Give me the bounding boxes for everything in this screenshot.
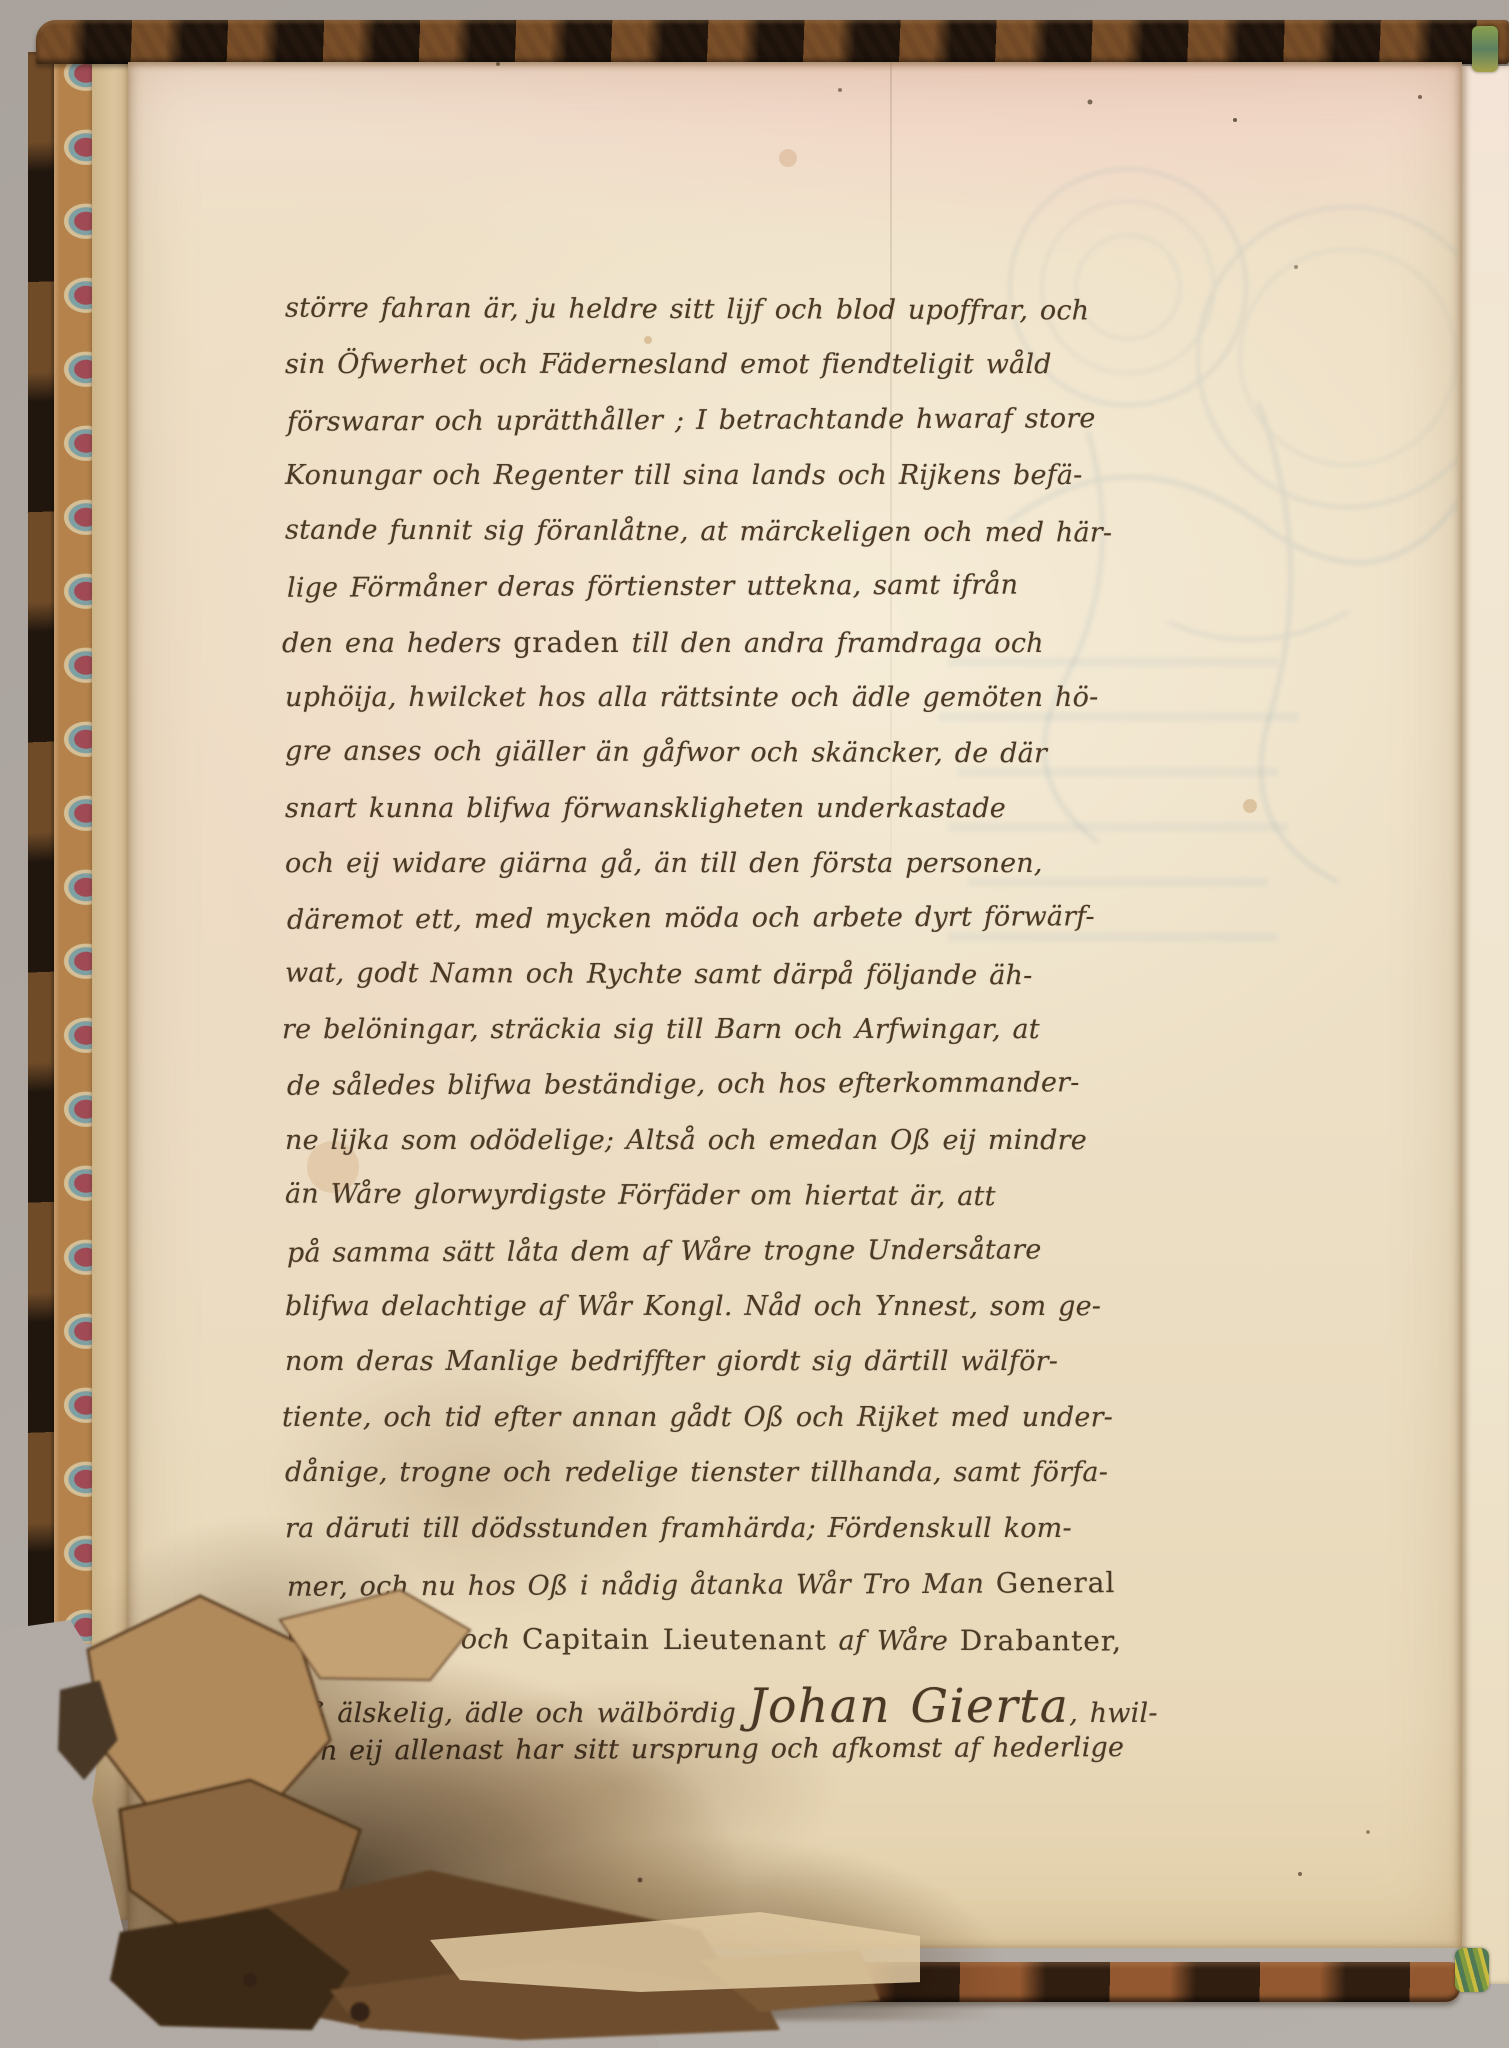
book-cover-leather-bottom-edge bbox=[60, 1962, 1460, 2002]
manuscript-line: den ena heders graden till den andra fra… bbox=[282, 626, 1072, 681]
text-block: större fahran är, ju heldre sitt lijf oc… bbox=[285, 294, 1075, 1790]
manuscript-line: lige Förmåner deras förtienster uttekna,… bbox=[287, 569, 1077, 628]
manuscript-line: nom deras Manlige bedriffter giordt sig … bbox=[285, 1346, 1075, 1401]
manuscript-line: stande funnit sig föranlåtne, at märckel… bbox=[285, 514, 1075, 572]
manuscript-page: större fahran är, ju heldre sitt lijf oc… bbox=[128, 62, 1462, 1948]
manuscript-line: snart kunna blifwa förwanskligheten unde… bbox=[285, 793, 1075, 848]
manuscript-line: sin Öfwerhet och Fädernesland emot fiend… bbox=[285, 349, 1075, 404]
manuscript-line: på samma sätt låta dem af Wåre trogne Un… bbox=[287, 1234, 1077, 1293]
manuscript-line: gre anses och giäller än gåfwor och skän… bbox=[285, 736, 1075, 794]
manuscript-line: blifwa delachtige af Wår Kongl. Nåd och … bbox=[285, 1291, 1075, 1346]
manuscript-line: större fahran är, ju heldre sitt lijf oc… bbox=[285, 293, 1075, 351]
manuscript-line: ken eij allenast har sitt ursprung och a… bbox=[287, 1732, 1077, 1791]
manuscript-line: än Wåre glorwyrdigste Förfäder om hierta… bbox=[285, 1179, 1075, 1237]
manuscript-line: re belöningar, sträckia sig till Barn oc… bbox=[282, 1014, 1072, 1069]
endband-thread-top bbox=[1472, 26, 1498, 72]
manuscript-line: däremot ett, med mycken möda och arbete … bbox=[287, 902, 1077, 961]
manuscript-line: Oß älskelig, ädle och wälbördig Johan Gi… bbox=[285, 1679, 1075, 1734]
manuscript-line: de således blifwa beständige, och hos ef… bbox=[287, 1068, 1077, 1127]
facing-page-edge bbox=[1462, 66, 1509, 1984]
manuscript-line: Lieutenant och Capitain Lieutenant af Wå… bbox=[285, 1622, 1075, 1680]
manuscript-line: uphöija, hwilcket hos alla rättsinte och… bbox=[285, 682, 1075, 737]
manuscript-line: förswarar och uprätthåller ; I betrachta… bbox=[287, 403, 1077, 462]
endband-thread-bottom bbox=[1455, 1948, 1489, 1992]
manuscript-line: mer, och nu hos Oß i nådig åtanka Wår Tr… bbox=[287, 1566, 1077, 1625]
manuscript-line: wat, godt Namn och Rychte samt därpå föl… bbox=[285, 957, 1075, 1015]
book-cover-leather-left-edge bbox=[28, 52, 56, 1672]
manuscript-line: tiente, och tid efter annan gådt Oß och … bbox=[282, 1402, 1072, 1457]
manuscript-line: dånige, trogne och redelige tienster til… bbox=[285, 1457, 1075, 1512]
manuscript-line: ra däruti till dödsstunden framhärda; Fö… bbox=[285, 1513, 1075, 1568]
underlying-page-edges bbox=[92, 60, 132, 1920]
scanned-book-photo: { "colors": { "ink": "#4b3926", "paper":… bbox=[0, 0, 1509, 2048]
manuscript-line: ne lijka som odödelige; Altså och emedan… bbox=[285, 1125, 1075, 1180]
manuscript-line: och eij widare giärna gå, än till den fö… bbox=[285, 848, 1075, 903]
marbled-cover-paper-strip bbox=[54, 54, 96, 1644]
book-cover-leather-top-edge bbox=[36, 20, 1509, 64]
manuscript-line: Konungar och Regenter till sina lands oc… bbox=[285, 460, 1075, 515]
